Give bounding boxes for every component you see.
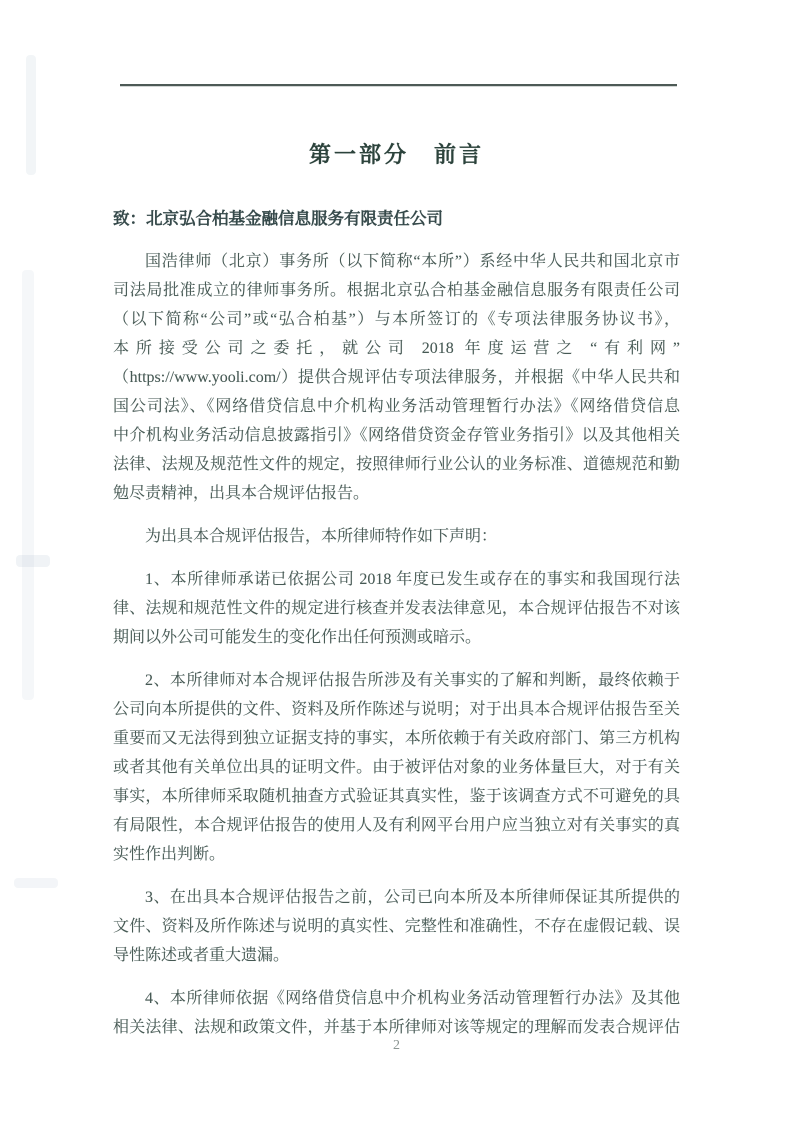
text-line: 本所接受公司之委托，就公司 2018 年度运营之 “有利网” — [113, 334, 680, 363]
text-line: 实性作出判断。 — [113, 840, 680, 869]
paragraph-item-4: 4、本所律师依据《网络借贷信息中介机构业务活动管理暂行办法》及其他 相关法律、法… — [113, 984, 680, 1042]
section-title: 第一部分 前言 — [113, 138, 680, 169]
text-line: 2、本所律师对本合规评估报告所涉及有关事实的了解和判断，最终依赖于 — [113, 666, 680, 695]
paragraph-item-1: 1、本所律师承诺已依据公司 2018 年度已发生或存在的事实和我国现行法 律、法… — [113, 565, 680, 652]
text-line: 法律、法规及规范性文件的规定，按照律师行业公认的业务标准、道德规范和勤 — [113, 450, 680, 479]
scan-artifact — [22, 270, 34, 700]
text-line: 重要而又无法得到独立证据支持的事实，本所依赖于有关政府部门、第三方机构 — [113, 724, 680, 753]
page-number: 2 — [113, 1038, 680, 1054]
text-line: 或者其他有关单位出具的证明文件。由于被评估对象的业务体量巨大，对于有关 — [113, 753, 680, 782]
text-line: 有局限性，本合规评估报告的使用人及有利网平台用户应当独立对有关事实的真 — [113, 811, 680, 840]
text-line: 3、在出具本合规评估报告之前，公司已向本所及本所律师保证其所提供的 — [113, 883, 680, 912]
text-line: 1、本所律师承诺已依据公司 2018 年度已发生或存在的事实和我国现行法 — [113, 565, 680, 594]
text-line: 勉尽责精神，出具本合规评估报告。 — [113, 479, 680, 508]
paragraph-intro: 国浩律师（北京）事务所（以下简称“本所”）系经中华人民共和国北京市 司法局批准成… — [113, 247, 680, 508]
text-line: 事实，本所律师采取随机抽查方式验证其真实性，鉴于该调查方式不可避免的具 — [113, 782, 680, 811]
recipient-line: 致：北京弘合柏基金融信息服务有限责任公司 — [113, 204, 680, 233]
paragraph-item-3: 3、在出具本合规评估报告之前，公司已向本所及本所律师保证其所提供的 文件、资料及… — [113, 883, 680, 970]
text-line: 律、法规和规范性文件的规定进行核查并发表法律意见，本合规评估报告不对该 — [113, 594, 680, 623]
text-line: 文件、资料及所作陈述与说明的真实性、完整性和准确性，不存在虚假记载、误 — [113, 912, 680, 941]
scan-artifact — [16, 555, 50, 567]
scan-artifact — [26, 55, 36, 175]
text-line: 为出具本合规评估报告，本所律师特作如下声明： — [113, 522, 680, 551]
document-body: 致：北京弘合柏基金融信息服务有限责任公司 国浩律师（北京）事务所（以下简称“本所… — [113, 204, 680, 1042]
header-rule — [120, 84, 677, 86]
text-line: 国公司法》、《网络借贷信息中介机构业务活动管理暂行办法》《网络借贷信息 — [113, 392, 680, 421]
document-page: 第一部分 前言 致：北京弘合柏基金融信息服务有限责任公司 国浩律师（北京）事务所… — [0, 0, 793, 1123]
text-line: （https://www.yooli.com/）提供合规评估专项法律服务，并根据… — [113, 363, 680, 392]
text-line: （以下简称“公司”或“弘合柏基”）与本所签订的《专项法律服务协议书》， — [113, 305, 680, 334]
scan-artifact — [14, 878, 58, 888]
text-line: 司法局批准成立的律师事务所。根据北京弘合柏基金融信息服务有限责任公司 — [113, 276, 680, 305]
text-line: 公司向本所提供的文件、资料及所作陈述与说明；对于出具本合规评估报告至关 — [113, 695, 680, 724]
text-line: 4、本所律师依据《网络借贷信息中介机构业务活动管理暂行办法》及其他 — [113, 984, 680, 1013]
paragraph-declaration-lead: 为出具本合规评估报告，本所律师特作如下声明： — [113, 522, 680, 551]
text-line: 中介机构业务活动信息披露指引》《网络借贷资金存管业务指引》以及其他相关 — [113, 421, 680, 450]
text-line: 国浩律师（北京）事务所（以下简称“本所”）系经中华人民共和国北京市 — [113, 247, 680, 276]
text-line: 导性陈述或者重大遗漏。 — [113, 941, 680, 970]
paragraph-item-2: 2、本所律师对本合规评估报告所涉及有关事实的了解和判断，最终依赖于 公司向本所提… — [113, 666, 680, 869]
text-line: 期间以外公司可能发生的变化作出任何预测或暗示。 — [113, 623, 680, 652]
